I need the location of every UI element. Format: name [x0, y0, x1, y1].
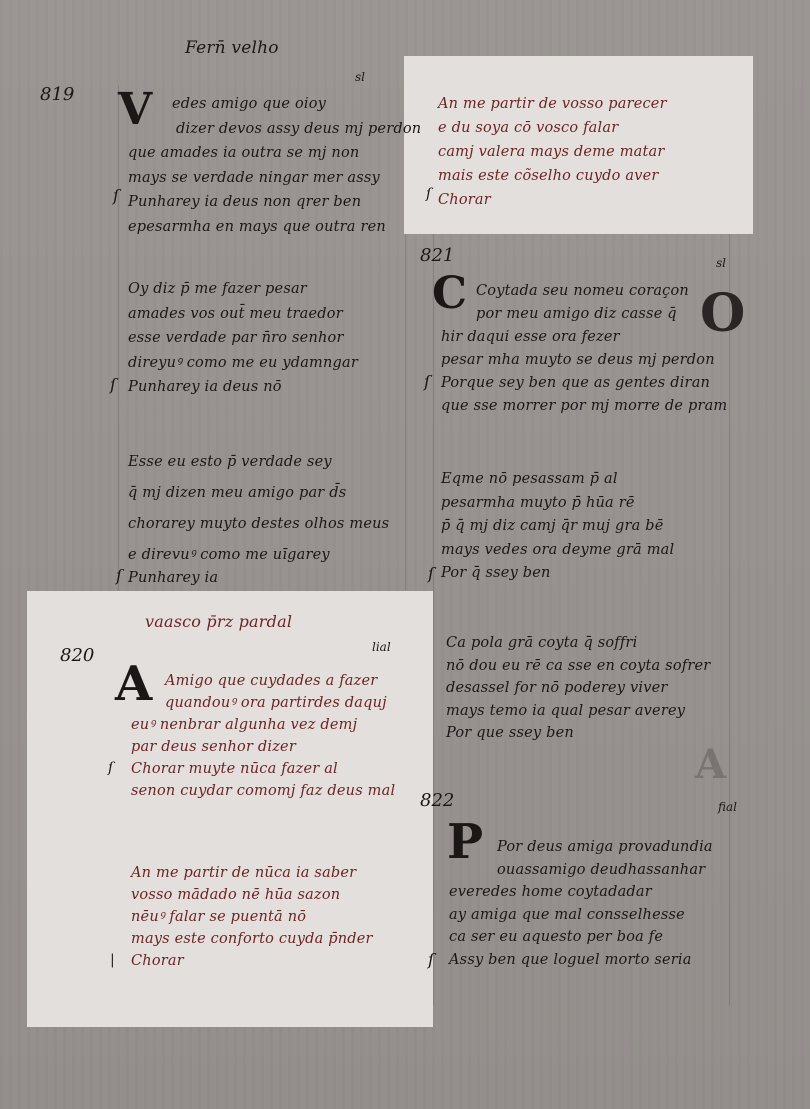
poem-number-820: 820 [60, 645, 94, 666]
verse-line: que amades ia outra se mj non [128, 141, 386, 166]
refrain-mark: ſ [110, 375, 116, 394]
poem-number-821: 821 [420, 245, 454, 266]
verse-line: Eqme nō pesassam p̄ al [441, 468, 674, 492]
refrain-line: Porque sey ben que as gentes diran [441, 372, 727, 395]
initial-letter-819: V [118, 88, 152, 132]
refrain-mark: ſ [428, 950, 434, 969]
poem-819-stanza-3-refrain: Punharey ia [128, 566, 218, 591]
verse-line: p̄ q̄ mj diz camj q̄r muj gra bē [441, 515, 674, 539]
verse-line: everedes home coytadadar [449, 881, 692, 904]
refrain-mark: ſ [426, 186, 431, 202]
verse-line: epesarmha en mays que outra ren [128, 215, 386, 240]
refrain-mark: | [110, 952, 115, 968]
verse-line: Por deus amiga provadundia [497, 836, 713, 859]
manuscript-page: Fern̄ velho 819 sl V edes amigo que oioy… [0, 0, 810, 1109]
refrain-line: Punharey ia deus nō [128, 375, 358, 400]
poem-819-stanza-3: Esse eu esto p̄ verdade sey q̄ mj dizen … [128, 447, 389, 571]
verse-line: hir daqui esse ora fezer [441, 326, 727, 349]
verse-line: esse verdade par n̄ro senhor [128, 326, 358, 351]
refrain-line: Chorar [131, 950, 373, 972]
verse-line: Coytada seu nomeu coraçon [476, 280, 689, 303]
verse-line: par deus senhor dizer [131, 736, 395, 758]
verse-line: mays se verdade ningar mer assy [128, 166, 386, 191]
margin-mark-821: sl [716, 256, 726, 270]
poem-822-stanza-1: Por deus amiga provadundia ouassamigo de… [497, 836, 713, 881]
author-heading: Fern̄ velho [185, 36, 279, 61]
poem-821-stanza-1-cont: hir daqui esse ora fezer pesar mha muyto… [441, 326, 727, 418]
guide-letter-A: A [695, 745, 726, 785]
verse-line: senon cuydar comomj faz deus mal [131, 780, 395, 802]
refrain-mark: ſ [113, 186, 119, 205]
verse-line: e du soya cō vosco falar [438, 116, 667, 140]
verse-line: nō dou eu rē ca sse en coyta sofrer [446, 655, 710, 678]
poem-819-stanza-1: edes amigo que oioy dizer devos assy deu… [172, 92, 421, 141]
poem-821-stanza-3: Ca pola grā coyta q̄ soffri nō dou eu rē… [446, 632, 710, 745]
verse-line: Oy diz p̄ me fazer pesar [128, 277, 358, 302]
verse-line: Esse eu esto p̄ verdade sey [128, 447, 389, 478]
verse-line: dizer devos assy deus mj perdon [176, 117, 421, 142]
refrain-mark: ſ [108, 760, 113, 776]
refrain-mark: ſ [116, 566, 122, 585]
verse-line: euꝰ nenbrar algunha vez demj [131, 714, 395, 736]
verse-line: Amigo que cuydades a fazer [165, 670, 387, 692]
poem-820-author: vaasco p̄rz pardal [145, 610, 292, 635]
verse-line: Ca pola grā coyta q̄ soffri [446, 632, 710, 655]
refrain-line: Por que ssey ben [446, 722, 710, 745]
initial-letter-822: P [447, 818, 483, 866]
verse-line: chorarey muyto destes olhos meus [128, 509, 389, 540]
poem-819-stanza-2: Oy diz p̄ me fazer pesar amades vos out̄… [128, 277, 358, 400]
poem-821-stanza-2: Eqme nō pesassam p̄ al pesarmha muyto p̄… [441, 468, 674, 586]
refrain-mark: ſ [428, 564, 434, 583]
refrain-line: Chorar muyte nūca fazer al [131, 758, 395, 780]
refrain-line: Assy ben que loguel morto seria [449, 949, 692, 972]
verse-line: mays este conforto cuyda p̄nder [131, 928, 373, 950]
poem-number-822: 822 [420, 790, 454, 811]
initial-letter-820: A [115, 660, 152, 708]
initial-letter-821: C [432, 272, 467, 316]
verse-line: mays temo ia qual pesar averey [446, 700, 710, 723]
verse-line: q̄ mj dizen meu amigo par d̄s [128, 478, 389, 509]
verse-line: ca ser eu aquesto per boa fe [449, 926, 692, 949]
poem-number-819: 819 [40, 84, 74, 105]
poem-819-stanza-1-cont: que amades ia outra se mj non mays se ve… [128, 141, 386, 239]
poem-820-stanza-2: An me partir de nūca ia saber vosso māda… [131, 862, 373, 972]
verse-line: desassel for nō poderey viver [446, 677, 710, 700]
verse-line: An me partir de nūca ia saber [131, 862, 373, 884]
refrain-line: Chorar [438, 188, 667, 212]
verse-line: ay amiga que mal consselhesse [449, 904, 692, 927]
margin-mark-822: fial [718, 800, 737, 814]
verse-line: direyuꝰ como me eu ydamngar [128, 351, 358, 376]
verse-line: que sse morrer por mj morre de pram [441, 395, 727, 418]
verse-line: mays vedes ora deyme grā mal [441, 539, 674, 563]
verse-line: mais este cõselho cuydo aver [438, 164, 667, 188]
refrain-mark: ſ [424, 372, 430, 391]
refrain-line: Punharey ia deus non qrer ben [128, 190, 386, 215]
verse-line: quandouꝰ ora partirdes daquj [165, 692, 387, 714]
refrain-line: Por q̄ ssey ben [441, 562, 674, 586]
margin-mark-820: lial [372, 640, 391, 654]
poem-822-stanza-1-cont: everedes home coytadadar ay amiga que ma… [449, 881, 692, 971]
verse-line: edes amigo que oioy [172, 92, 421, 117]
poem-820-stanza-1-cont: euꝰ nenbrar algunha vez demj par deus se… [131, 714, 395, 802]
verse-line: por meu amigo diz casse q̄ [476, 303, 689, 326]
verse-line: amades vos out̄ meu traedor [128, 302, 358, 327]
poem-819-final-stanza: An me partir de vosso parecer e du soya … [438, 92, 667, 212]
poem-820-stanza-1: Amigo que cuydades a fazer quandouꝰ ora … [165, 670, 387, 714]
verse-line: camj valera mays deme matar [438, 140, 667, 164]
verse-line: pesarmha muyto p̄ hūa rē [441, 492, 674, 516]
verse-line: vosso mādado nē hūa sazon [131, 884, 373, 906]
poem-821-stanza-1: Coytada seu nomeu coraçon por meu amigo … [476, 280, 689, 326]
verse-line: ouassamigo deudhassanhar [497, 859, 713, 882]
verse-line: An me partir de vosso parecer [438, 92, 667, 116]
verse-line: nēuꝰ falar se puentā nō [131, 906, 373, 928]
margin-mark-819: sl [355, 70, 365, 84]
verse-line: pesar mha muyto se deus mj perdon [441, 349, 727, 372]
